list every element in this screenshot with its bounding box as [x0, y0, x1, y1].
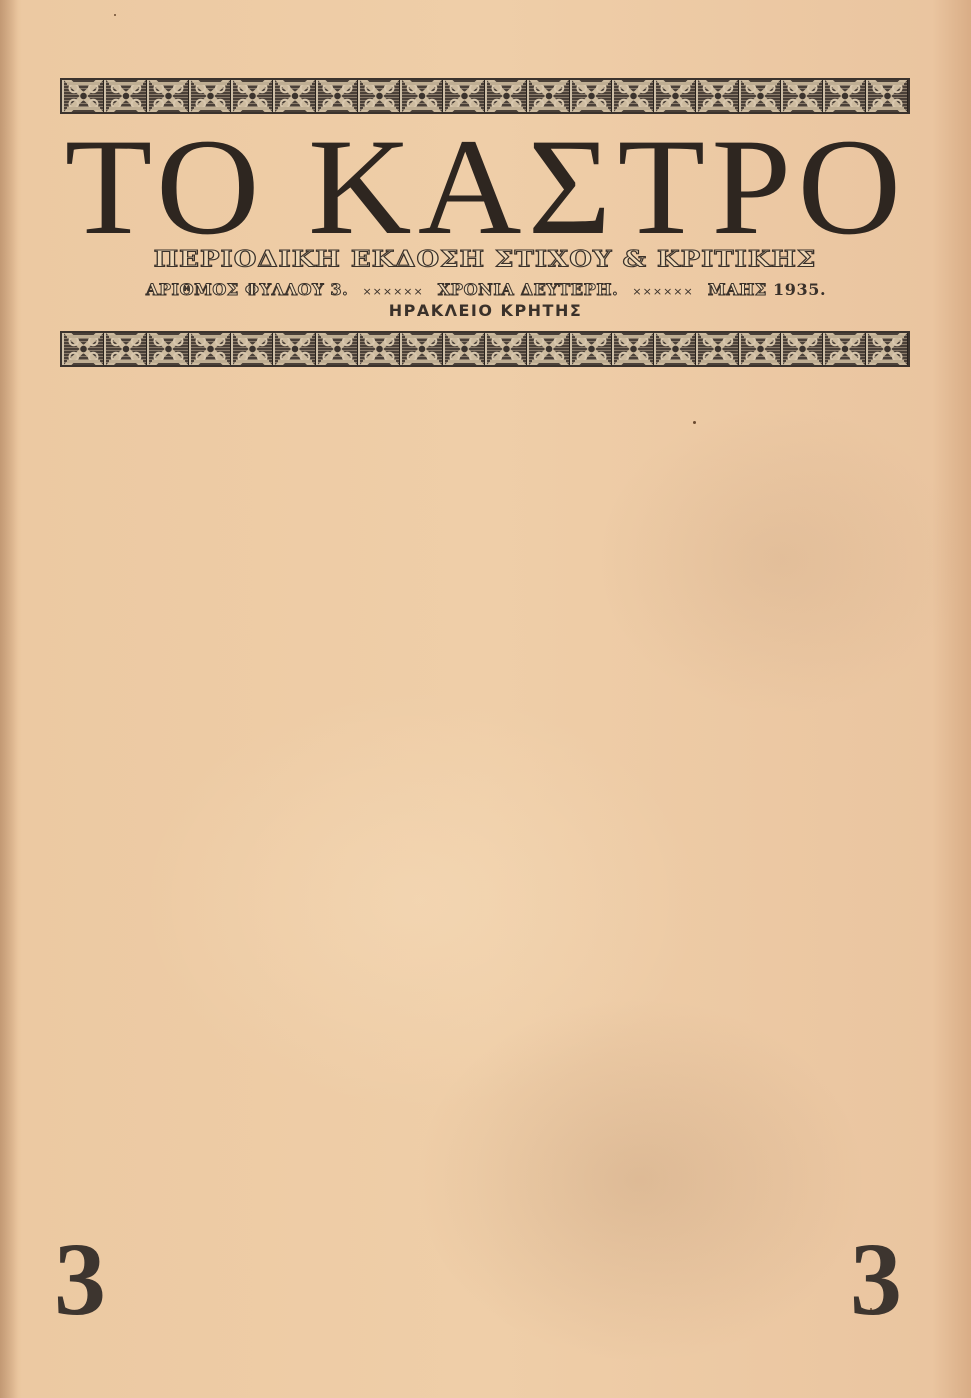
ornament-tile [189, 80, 231, 112]
ornament-tile [316, 333, 358, 365]
ornament-tile [231, 333, 273, 365]
ornament-border-bottom [60, 331, 910, 367]
ornament-tile [696, 333, 738, 365]
ornament-tile [866, 80, 908, 112]
ornament-tile [739, 80, 781, 112]
ornament-tile [273, 333, 315, 365]
ornament-tile [62, 333, 104, 365]
year: 1935. [773, 280, 826, 299]
spine-edge [0, 0, 18, 1398]
ornament-tile [231, 80, 273, 112]
paper-speck [693, 421, 696, 424]
paper-speck [114, 14, 116, 16]
ornament-tile [654, 80, 696, 112]
ornament-tile [147, 333, 189, 365]
ornament-tile [612, 333, 654, 365]
ornament-tile [866, 333, 908, 365]
ornament-tile [400, 333, 442, 365]
place-of-publication: ΗΡΑΚΛΕΙΟ ΚΡΗΤΗΣ [0, 302, 971, 320]
ornament-tile [62, 80, 104, 112]
separator: ×××××× [362, 285, 423, 298]
ornament-tile [570, 333, 612, 365]
ornament-tile [527, 333, 569, 365]
ornament-tile [612, 80, 654, 112]
ornament-tile [696, 80, 738, 112]
issue-number-label: ΑΡΙΘΜΟΣ ΦΥΛΛΟΥ 3. [146, 280, 348, 299]
month: ΜΑΗΣ [708, 280, 767, 299]
ornament-tile [104, 333, 146, 365]
ornament-tile [316, 80, 358, 112]
subtitle: ΠΕΡΙΟΔΙΚΗ ΕΚΔΟΣΗ ΣΤΙΧΟΥ & ΚΡΙΤΙΚΗΣ [60, 248, 910, 272]
issue-line: ΑΡΙΘΜΟΣ ΦΥΛΛΟΥ 3. ×××××× ΧΡΟΝΙΑ ΔΕΥΤΕΡΗ.… [60, 281, 912, 301]
ornament-tile [273, 80, 315, 112]
ornament-tile [147, 80, 189, 112]
cover-page: ΤΟ ΚΑΣΤΡΟ ΠΕΡΙΟΔΙΚΗ ΕΚΔΟΣΗ ΣΤΙΧΟΥ & ΚΡΙΤ… [0, 0, 971, 1398]
ornament-tile [443, 333, 485, 365]
ornament-tile [358, 80, 400, 112]
ornament-tile [654, 333, 696, 365]
ornament-tile [823, 333, 865, 365]
ornament-tile [400, 80, 442, 112]
masthead-title: ΤΟ ΚΑΣΤΡΟ [38, 118, 934, 256]
ornament-tile [443, 80, 485, 112]
ornament-tile [570, 80, 612, 112]
ornament-tile [104, 80, 146, 112]
ornament-tile [823, 80, 865, 112]
ornament-tile [739, 333, 781, 365]
ornament-tile [527, 80, 569, 112]
issue-number-bottom-left: 3 [54, 1228, 106, 1332]
ornament-tile [485, 80, 527, 112]
ornament-tile [781, 333, 823, 365]
paper-speck [870, 1308, 872, 1310]
year-label: ΧΡΟΝΙΑ ΔΕΥΤΕΡΗ. [438, 280, 618, 299]
ornament-tile [485, 333, 527, 365]
ornament-tile [358, 333, 400, 365]
ornament-tile [189, 333, 231, 365]
ornament-border-top [60, 78, 910, 114]
separator: ×××××× [632, 285, 693, 298]
ornament-tile [781, 80, 823, 112]
issue-number-bottom-right: 3 [850, 1228, 902, 1332]
